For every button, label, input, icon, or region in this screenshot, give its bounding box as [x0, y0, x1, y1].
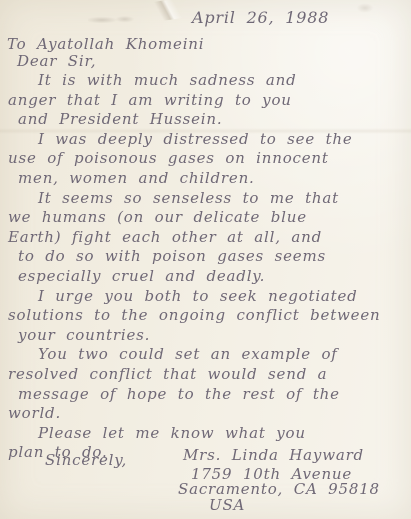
body-line: Earth) fight each other at all, and [8, 228, 406, 248]
letter-closing: Sincerely, [45, 451, 127, 469]
body-line: You two could set an example of [8, 345, 406, 365]
body-line: It is with much sadness and [8, 71, 406, 91]
signature-country: USA [209, 496, 245, 514]
body-line: It seems so senseless to me that [8, 189, 406, 209]
handwritten-letter-page: April 26, 1988 To Ayatollah Khomeini Dea… [0, 0, 411, 519]
body-line: I urge you both to seek negotiated [8, 287, 406, 307]
signature-name: Mrs. Linda Hayward [183, 446, 364, 464]
body-line: anger that I am writing to you [8, 91, 406, 111]
body-line: world. [8, 404, 406, 424]
body-line: message of hope to the rest of the [8, 385, 406, 405]
body-line: Please let me know what you [8, 424, 406, 444]
body-line: resolved conflict that would send a [8, 365, 406, 385]
letter-date: April 26, 1988 [192, 8, 329, 27]
paper-smudge [352, 2, 378, 14]
body-line: men, women and children. [8, 169, 406, 189]
body-line: solutions to the ongoing conflict betwee… [8, 306, 406, 326]
body-line: especially cruel and deadly. [8, 267, 406, 287]
body-line: we humans (on our delicate blue [8, 208, 406, 228]
body-line: and President Hussein. [8, 110, 406, 130]
letter-body: It is with much sadness and anger that I… [8, 71, 406, 463]
letter-recipient: To Ayatollah Khomeini [7, 35, 204, 53]
body-line: use of poisonous gases on innocent [8, 149, 406, 169]
body-line: your countries. [8, 326, 406, 346]
paper-smudge [88, 16, 134, 24]
body-line: to do so with poison gases seems [8, 247, 406, 267]
body-line: I was deeply distressed to see the [8, 130, 406, 150]
letter-salutation: Dear Sir, [17, 52, 96, 70]
